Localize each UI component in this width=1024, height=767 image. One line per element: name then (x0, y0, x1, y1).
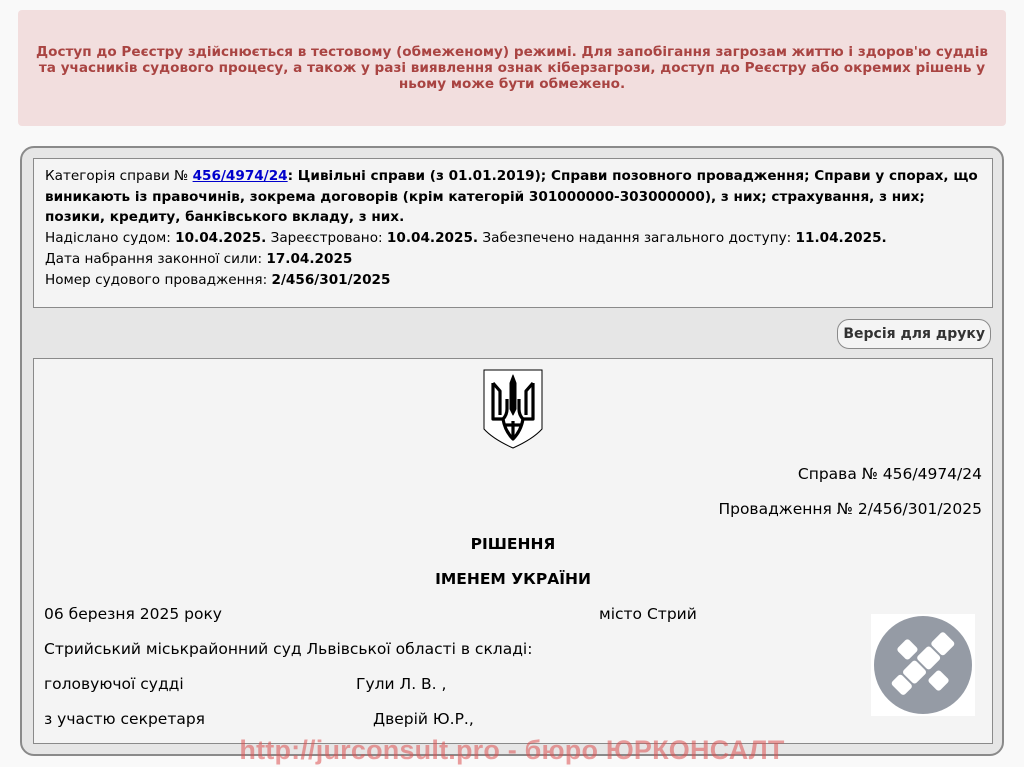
decision-date: 06 березня 2025 року (44, 605, 222, 623)
access-warning-alert: Доступ до Реєстру здійснюється в тестово… (18, 10, 1006, 126)
case-category: Категорія справи № 456/4974/24: Цивільні… (45, 166, 981, 228)
print-version-button[interactable]: Версія для друку (837, 319, 991, 349)
judge-name: Гули Л. В. , (356, 675, 446, 693)
decision-container: Категорія справи № 456/4974/24: Цивільні… (20, 146, 1004, 756)
jurconsult-logo-icon (871, 614, 975, 716)
judge-label: головуючої судді (44, 675, 184, 693)
dates-row: Надіслано судом: 10.04.2025. Зареєстрова… (45, 228, 981, 249)
watermark-text: http://jurconsult.pro - бюро ЮРКОНСАЛТ (0, 735, 1024, 766)
access-date: 11.04.2025. (796, 230, 887, 246)
decision-title: РІШЕННЯ (34, 535, 992, 553)
registered-label: Зареєстровано: (266, 230, 387, 246)
proceeding-label: Номер судового провадження: (45, 272, 272, 288)
sent-label: Надіслано судом: (45, 230, 175, 246)
case-info-panel: Категорія справи № 456/4974/24: Цивільні… (33, 158, 993, 308)
effective-date-row: Дата набрання законної сили: 17.04.2025 (45, 249, 981, 270)
proceeding-number-line: Провадження № 2/456/301/2025 (718, 500, 982, 518)
alert-text: Доступ до Реєстру здійснюється в тестово… (36, 44, 988, 92)
court-composition: Стрийський міськрайонний суд Львівської … (44, 640, 532, 658)
secretary-name: Дверій Ю.Р., (373, 710, 474, 728)
case-number-line: Справа № 456/4974/24 (798, 465, 982, 483)
decision-document: Справа № 456/4974/24 Провадження № 2/456… (33, 358, 993, 744)
decision-subtitle: ІМЕНЕМ УКРАЇНИ (34, 570, 992, 588)
case-number-link[interactable]: 456/4974/24 (193, 168, 288, 184)
proceeding-number: 2/456/301/2025 (272, 272, 391, 288)
secretary-label: з участю секретаря (44, 710, 205, 728)
ukraine-coat-of-arms-icon (483, 369, 543, 449)
effective-label: Дата набрання законної сили: (45, 251, 266, 267)
category-label: Категорія справи № (45, 168, 193, 184)
registered-date: 10.04.2025. (387, 230, 478, 246)
effective-date: 17.04.2025 (266, 251, 352, 267)
decision-city: місто Стрий (599, 605, 697, 623)
access-label: Забезпечено надання загального доступу: (478, 230, 795, 246)
sent-date: 10.04.2025. (175, 230, 266, 246)
proceeding-row: Номер судового провадження: 2/456/301/20… (45, 270, 981, 291)
